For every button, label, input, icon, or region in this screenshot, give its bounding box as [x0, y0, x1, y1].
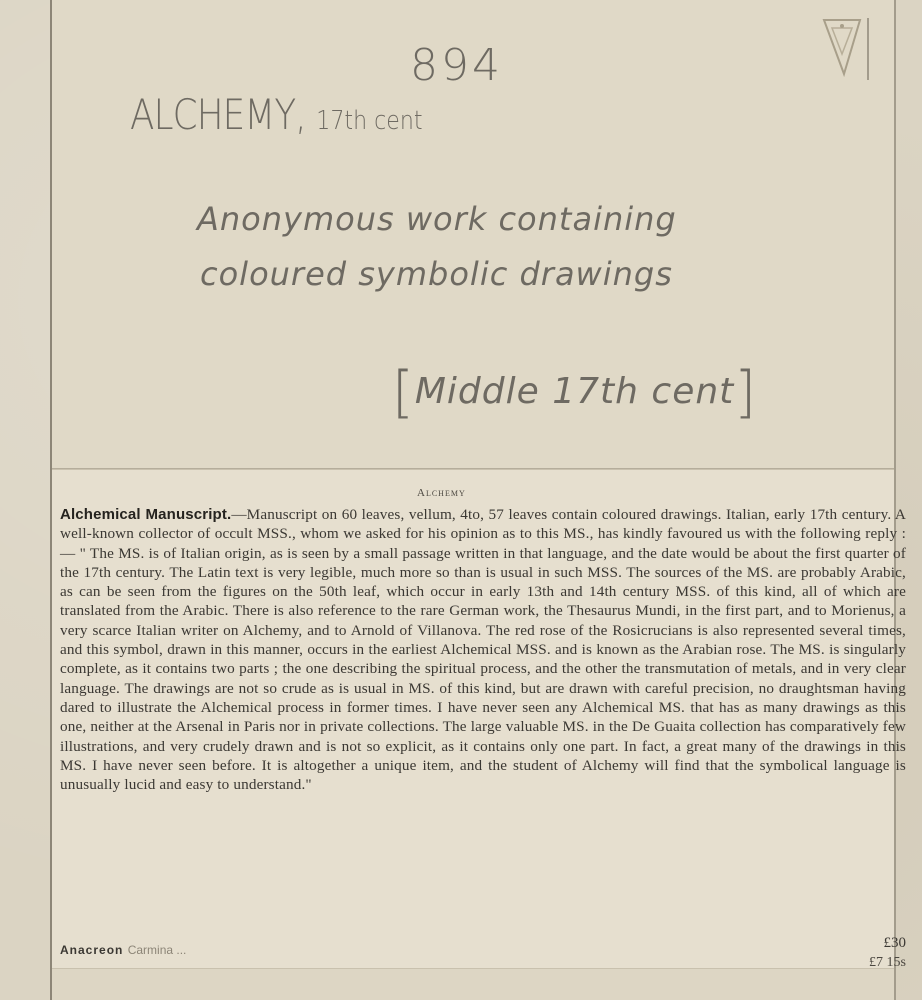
open-bracket: [ — [392, 360, 415, 425]
subject-heading: ALCHEMY, 17th cent — [130, 90, 423, 139]
next-lot-heading: Anacreon Carmina ... — [60, 943, 186, 957]
catalog-card: 894 ALCHEMY, 17th cent Anonymous work co… — [50, 0, 896, 1000]
lot-price: £30 — [884, 935, 907, 952]
printed-clipping: Alchemy Alchemical Manuscript.—Manuscrip… — [52, 468, 894, 969]
description-line-2: coloured symbolic drawings — [200, 255, 673, 293]
card-bottom-edge — [52, 968, 894, 1000]
date-annotation: [Middle 17th cent] — [392, 360, 757, 425]
lot-title: Alchemical Manuscript. — [60, 506, 231, 523]
next-lot-fragment: Carmina ... — [128, 943, 187, 957]
date-text: Middle 17th cent — [415, 371, 734, 412]
lot-body: —Manuscript on 60 leaves, vellum, 4to, 5… — [60, 506, 906, 793]
catalog-number: 894 — [410, 40, 503, 91]
subject-century: 17th cent — [316, 106, 422, 136]
description-line-1: Anonymous work containing — [197, 200, 677, 238]
running-head: Alchemy — [417, 487, 466, 499]
lot-description: Alchemical Manuscript.—Manuscript on 60 … — [60, 505, 906, 794]
close-bracket: ] — [734, 360, 757, 425]
next-lot-title: Anacreon — [60, 943, 123, 957]
triangle-stamp-icon — [820, 14, 872, 80]
subject-text: ALCHEMY, — [130, 90, 306, 139]
